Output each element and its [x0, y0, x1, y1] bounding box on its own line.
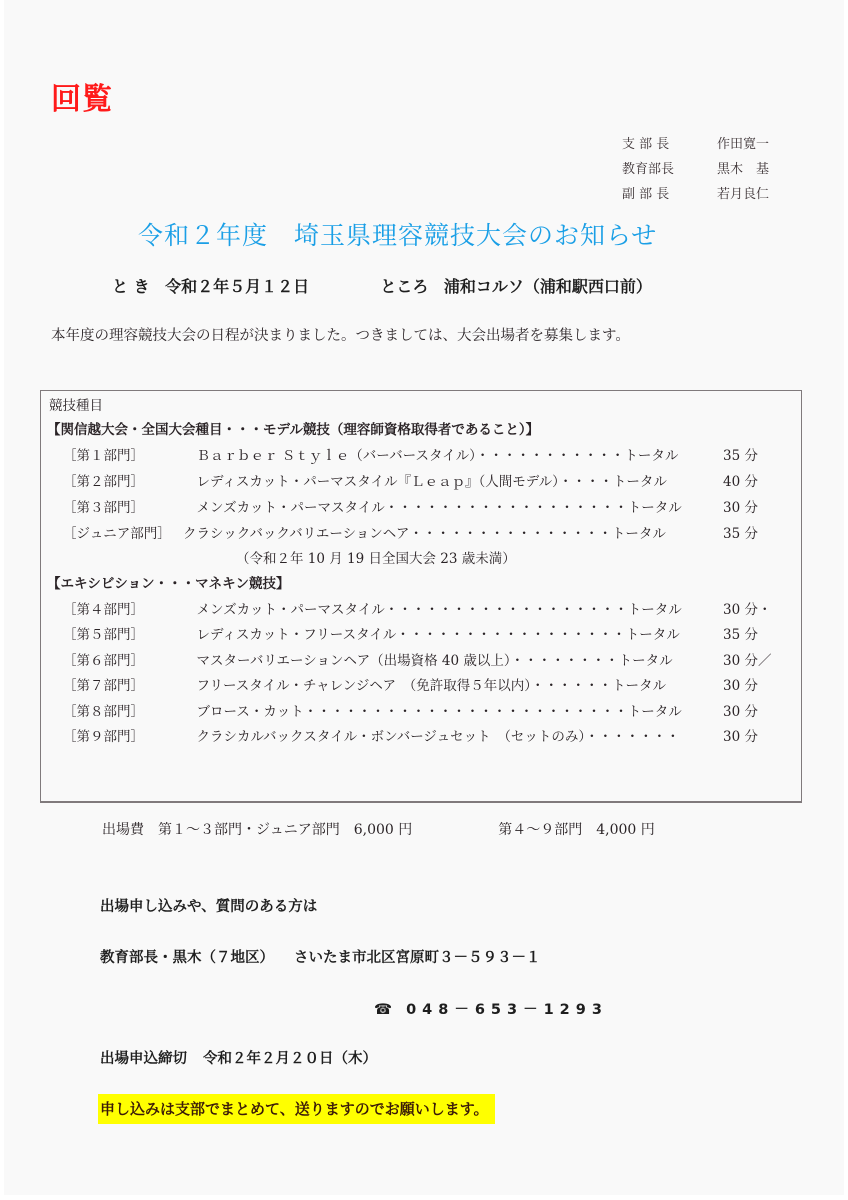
- officer-name: 作田寛一: [717, 133, 769, 158]
- event-dept: ［第２部門］: [63, 470, 183, 494]
- event-row: ［第２部門］ レディスカット・パーマスタイル『Ｌｅａｐ』（人間モデル）・・・・ト…: [63, 470, 783, 494]
- group-title-model: 【関信越大会・全国大会種目・・・モデル競技（理容師資格取得者であること）】: [47, 418, 539, 438]
- event-desc: レディスカット・パーマスタイル『Ｌｅａｐ』（人間モデル）・・・・トータル: [183, 470, 723, 494]
- officer-row: 副 部 長 若月良仁: [622, 183, 769, 208]
- event-time: 30 分: [723, 496, 783, 520]
- event-date-place: と き 令和２年５月１２日 ところ 浦和コルソ（浦和駅西口前）: [112, 274, 662, 297]
- event-time: 35 分: [723, 444, 783, 468]
- event-desc: Ｂａｒｂｅｒ Ｓｔｙｌｅ（バーバースタイル）・・・・・・・・・・・トータル: [183, 444, 723, 468]
- event-time: 30 分: [723, 700, 783, 724]
- document-page: 回覧 支 部 長 作田寛一 教育部長 黒木 基 副 部 長 若月良仁 令和２年度…: [4, 0, 844, 1195]
- event-dept: ［第８部門］: [63, 700, 183, 724]
- event-time: 40 分: [723, 470, 783, 494]
- officer-row: 教育部長 黒木 基: [622, 158, 769, 183]
- officer-name: 黒木 基: [717, 158, 769, 183]
- fee-item-1: 第１～３部門・ジュニア部門 6,000 円: [158, 822, 412, 838]
- event-row: ［第１部門］ Ｂａｒｂｅｒ Ｓｔｙｌｅ（バーバースタイル）・・・・・・・・・・・…: [63, 444, 783, 468]
- event-row: ［第７部門］ フリースタイル・チャレンジヘア （免許取得５年以内）・・・・・・ト…: [63, 674, 783, 698]
- event-time: 30 分・: [723, 598, 783, 622]
- event-desc: メンズカット・パーマスタイル・・・・・・・・・・・・・・・・・・トータル: [183, 496, 723, 520]
- event-row: ［第３部門］ メンズカット・パーマスタイル・・・・・・・・・・・・・・・・・・ト…: [63, 496, 783, 520]
- event-row: ［ジュニア部門］ クラシックバックバリエーションヘア・・・・・・・・・・・・・・…: [63, 522, 783, 546]
- fee-item-2: 第４～９部門 4,000 円: [498, 822, 655, 838]
- officer-role: 支 部 長: [622, 133, 717, 158]
- highlighted-note: 申し込みは支部でまとめて、送りますのでお願いします。: [98, 1094, 495, 1124]
- contact-person: 教育部長・黒木（７地区）さいたま市北区宮原町３－５９３－１: [100, 946, 541, 967]
- group-title-exhibition: 【エキシビション・・・マネキン競技】: [47, 572, 289, 592]
- event-time: 30 分: [723, 674, 783, 698]
- contact-phone: ☎048－653－1293: [374, 998, 608, 1019]
- event-row: ［第８部門］ ブロース・カット・・・・・・・・・・・・・・・・・・・・・・・・ト…: [63, 700, 783, 724]
- event-row: ［第４部門］ メンズカット・パーマスタイル・・・・・・・・・・・・・・・・・・ト…: [63, 598, 783, 622]
- where-value: 浦和コルソ（浦和駅西口前）: [444, 277, 652, 296]
- event-dept: ［第７部門］: [63, 674, 183, 698]
- when-value: 令和２年５月１２日: [165, 277, 309, 296]
- officer-row: 支 部 長 作田寛一: [622, 133, 769, 158]
- event-desc: クラシックバックバリエーションヘア・・・・・・・・・・・・・・・トータル: [183, 522, 723, 546]
- telephone-icon: ☎: [374, 1002, 392, 1018]
- event-row: ［第９部門］ クラシカルバックスタイル・ボンバージュセット （セットのみ）・・・…: [63, 725, 783, 749]
- event-time: 35 分: [723, 623, 783, 647]
- event-time: 30 分: [723, 725, 783, 749]
- event-desc: マスターバリエーションヘア（出場資格 40 歳以上）・・・・・・・・トータル: [183, 649, 723, 673]
- entry-fee: 出場費第１～３部門・ジュニア部門 6,000 円第４～９部門 4,000 円: [102, 819, 655, 839]
- junior-note: （令和２年 10 月 19 日全国大会 23 歳未満）: [236, 547, 516, 567]
- fee-label: 出場費: [102, 822, 144, 838]
- event-dept: ［第９部門］: [63, 725, 183, 749]
- events-heading: 競技種目: [49, 394, 103, 414]
- contact-name: 教育部長・黒木（７地区）: [100, 950, 274, 966]
- event-desc: レディスカット・フリースタイル・・・・・・・・・・・・・・・・・トータル: [183, 623, 723, 647]
- event-desc: メンズカット・パーマスタイル・・・・・・・・・・・・・・・・・・トータル: [183, 598, 723, 622]
- event-time: 35 分: [723, 522, 783, 546]
- event-time: 30 分／: [723, 649, 783, 673]
- event-dept: ［第１部門］: [63, 444, 183, 468]
- entry-deadline: 出場申込締切令和２年２月２０日（木）: [100, 1047, 377, 1068]
- when-label: と き: [112, 277, 150, 296]
- deadline-label: 出場申込締切: [100, 1051, 187, 1067]
- contact-address: さいたま市北区宮原町３－５９３－１: [294, 950, 541, 966]
- event-dept: ［第３部門］: [63, 496, 183, 520]
- event-dept: ［ジュニア部門］: [63, 522, 183, 546]
- event-dept: ［第４部門］: [63, 598, 183, 622]
- event-dept: ［第５部門］: [63, 623, 183, 647]
- events-box: 競技種目 【関信越大会・全国大会種目・・・モデル競技（理容師資格取得者であること…: [40, 390, 802, 803]
- deadline-value: 令和２年２月２０日（木）: [203, 1051, 377, 1067]
- phone-number: 048－653－1293: [406, 1002, 608, 1018]
- officer-role: 副 部 長: [622, 183, 717, 208]
- where-label: ところ: [380, 277, 428, 296]
- officer-name: 若月良仁: [717, 183, 769, 208]
- intro-text: 本年度の理容競技大会の日程が決まりました。つきましては、大会出場者を募集します。: [51, 324, 630, 345]
- officers-list: 支 部 長 作田寛一 教育部長 黒木 基 副 部 長 若月良仁: [622, 133, 769, 208]
- contact-lead: 出場申し込みや、質問のある方は: [100, 895, 317, 916]
- event-row: ［第５部門］ レディスカット・フリースタイル・・・・・・・・・・・・・・・・・ト…: [63, 623, 783, 647]
- event-dept: ［第６部門］: [63, 649, 183, 673]
- event-row: ［第６部門］ マスターバリエーションヘア（出場資格 40 歳以上）・・・・・・・…: [63, 649, 783, 673]
- event-desc: フリースタイル・チャレンジヘア （免許取得５年以内）・・・・・・トータル: [183, 674, 723, 698]
- document-title: 令和２年度 埼玉県理容競技大会のお知らせ: [138, 216, 657, 252]
- event-desc: ブロース・カット・・・・・・・・・・・・・・・・・・・・・・・・トータル: [183, 700, 723, 724]
- event-desc: クラシカルバックスタイル・ボンバージュセット （セットのみ）・・・・・・・: [183, 725, 723, 749]
- circulation-stamp: 回覧: [51, 74, 113, 118]
- officer-role: 教育部長: [622, 158, 717, 183]
